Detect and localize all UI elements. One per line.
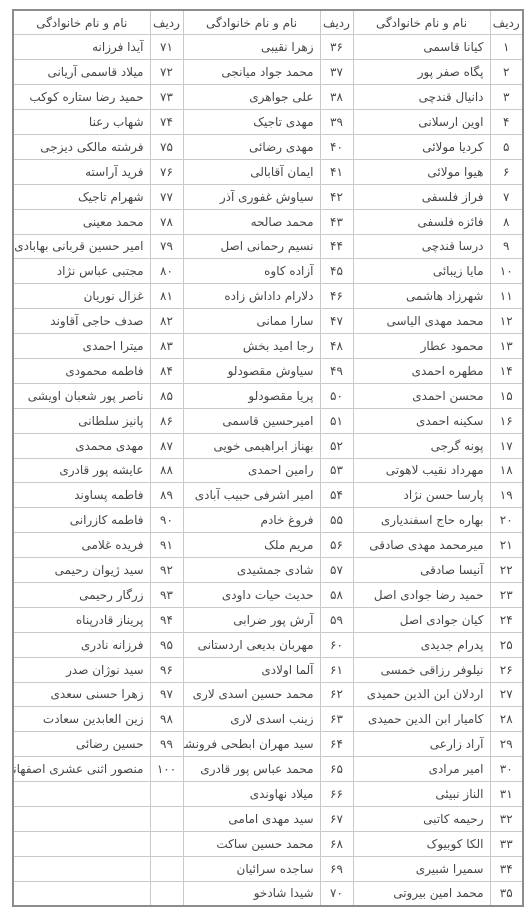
fullname-cell: محمد جواد میانجی xyxy=(183,60,320,85)
row-number-cell: ۸۳ xyxy=(150,334,183,359)
header-row: ردیف نام و نام خانوادگی ردیف نام و نام خ… xyxy=(13,10,523,35)
fullname-cell: حمید رضا ستاره کوکب xyxy=(13,85,150,110)
fullname-cell: میترا احمدی xyxy=(13,334,150,359)
table-row: ۱کیانا قاسمی۳۶زهرا نقیبی۷۱آیدا فرزانه xyxy=(13,35,523,60)
row-number-cell: ۸۴ xyxy=(150,358,183,383)
row-number-cell: ۸۵ xyxy=(150,383,183,408)
fullname-cell: پانیز سلطانی xyxy=(13,408,150,433)
fullname-cell: پدرام جدیدی xyxy=(353,632,490,657)
fullname-cell: غزال نوریان xyxy=(13,284,150,309)
fullname-cell xyxy=(13,831,150,856)
row-number-cell xyxy=(150,831,183,856)
row-number-cell xyxy=(150,856,183,881)
row-number-cell: ۷۱ xyxy=(150,35,183,60)
fullname-cell: شیدا شادخو xyxy=(183,881,320,906)
row-number-cell: ۴۱ xyxy=(320,159,353,184)
names-table: ردیف نام و نام خانوادگی ردیف نام و نام خ… xyxy=(12,9,524,907)
row-number-cell xyxy=(150,782,183,807)
fullname-cell: امیر حسین قربانی بهابادی xyxy=(13,234,150,259)
table-row: ۱۶سکینه احمدی۵۱امیرحسین قاسمی۸۶پانیز سلط… xyxy=(13,408,523,433)
fullname-cell: صدف حاجی آقاوند xyxy=(13,309,150,334)
fullname-cell: سید مهران ابطحی فرونشانی xyxy=(183,732,320,757)
fullname-cell: زهرا نقیبی xyxy=(183,35,320,60)
row-number-cell: ۱۲ xyxy=(490,309,523,334)
row-number-cell: ۶۸ xyxy=(320,831,353,856)
fullname-cell: آزاده کاوه xyxy=(183,259,320,284)
table-row: ۱۰مایا زیبائی۴۵آزاده کاوه۸۰مجتبی عباس نژ… xyxy=(13,259,523,284)
row-number-cell: ۳ xyxy=(490,85,523,110)
row-number-cell: ۸۶ xyxy=(150,408,183,433)
row-number-cell: ۲۱ xyxy=(490,533,523,558)
fullname-cell: اوین ارسلانی xyxy=(353,110,490,135)
row-number-cell: ۱۳ xyxy=(490,334,523,359)
header-fullname-middle: نام و نام خانوادگی xyxy=(183,10,320,35)
row-number-cell: ۵۷ xyxy=(320,558,353,583)
fullname-cell: سیاوش مقصودلو xyxy=(183,358,320,383)
table-row: ۱۵محسن احمدی۵۰پریا مقصودلو۸۵ناصر پور شعب… xyxy=(13,383,523,408)
fullname-cell: مهدی رضائی xyxy=(183,134,320,159)
row-number-cell: ۹۱ xyxy=(150,533,183,558)
fullname-cell: مطهره احمدی xyxy=(353,358,490,383)
fullname-cell: فرشته مالکی دیزجی xyxy=(13,134,150,159)
row-number-cell: ۲۲ xyxy=(490,558,523,583)
row-number-cell: ۸۲ xyxy=(150,309,183,334)
table-row: ۳۱الناز نبیئی۶۶میلاد نهاوندی xyxy=(13,782,523,807)
table-row: ۱۷پونه گرجی۵۲بهناز ابراهیمی خویی۸۷مهدی م… xyxy=(13,433,523,458)
row-number-cell: ۶۳ xyxy=(320,707,353,732)
fullname-cell: سارا ممانی xyxy=(183,309,320,334)
row-number-cell: ۹۵ xyxy=(150,632,183,657)
table-row: ۷فراز فلسفی۴۲سیاوش غفوری آذر۷۷شهرام تاجی… xyxy=(13,184,523,209)
fullname-cell: محمد مهدی الیاسی xyxy=(353,309,490,334)
row-number-cell: ۳۴ xyxy=(490,856,523,881)
fullname-cell: پگاه صفر پور xyxy=(353,60,490,85)
table-row: ۲۴کیان جوادی اصل۵۹آرش پور ضرابی۹۴پریناز … xyxy=(13,607,523,632)
fullname-cell: سید مهدی امامی xyxy=(183,807,320,832)
header-index-left: ردیف xyxy=(150,10,183,35)
fullname-cell: محمود عطار xyxy=(353,334,490,359)
fullname-cell: میلاد نهاوندی xyxy=(183,782,320,807)
row-number-cell: ۹۲ xyxy=(150,558,183,583)
fullname-cell: محمد حسین اسدی لاری xyxy=(183,682,320,707)
fullname-cell: فراز فلسفی xyxy=(353,184,490,209)
row-number-cell: ۳۱ xyxy=(490,782,523,807)
row-number-cell: ۵۱ xyxy=(320,408,353,433)
fullname-cell: ناصر پور شعبان اویشی xyxy=(13,383,150,408)
header-fullname-right: نام و نام خانوادگی xyxy=(353,10,490,35)
fullname-cell: حمید رضا جوادی اصل xyxy=(353,582,490,607)
row-number-cell: ۵۵ xyxy=(320,508,353,533)
row-number-cell: ۲۴ xyxy=(490,607,523,632)
table-row: ۳۲رحیمه کاتبی۶۷سید مهدی امامی xyxy=(13,807,523,832)
fullname-cell: نیلوفر رزاقی خمسی xyxy=(353,657,490,682)
fullname-cell: محمد عباس پور قادری xyxy=(183,757,320,782)
fullname-cell: پریا مقصودلو xyxy=(183,383,320,408)
fullname-cell: آلما اولادی xyxy=(183,657,320,682)
fullname-cell: مهربان بدیعی اردستانی xyxy=(183,632,320,657)
row-number-cell: ۲۶ xyxy=(490,657,523,682)
table-row: ۲۶نیلوفر رزاقی خمسی۶۱آلما اولادی۹۶سید نو… xyxy=(13,657,523,682)
row-number-cell: ۸۸ xyxy=(150,458,183,483)
row-number-cell: ۲۷ xyxy=(490,682,523,707)
row-number-cell: ۵۹ xyxy=(320,607,353,632)
row-number-cell: ۲۰ xyxy=(490,508,523,533)
fullname-cell: رامین احمدی xyxy=(183,458,320,483)
fullname-cell: محمد امین بیروتی xyxy=(353,881,490,906)
fullname-cell: پونه گرجی xyxy=(353,433,490,458)
table-row: ۸فائزه فلسفی۴۳محمد صالحه۷۸محمد معینی xyxy=(13,209,523,234)
fullname-cell: عایشه پور قادری xyxy=(13,458,150,483)
fullname-cell: رحیمه کاتبی xyxy=(353,807,490,832)
row-number-cell: ۷۷ xyxy=(150,184,183,209)
table-row: ۲۲آنیسا صادقی۵۷شادی جمشیدی۹۲سید ژیوان رح… xyxy=(13,558,523,583)
fullname-cell: مریم ملک xyxy=(183,533,320,558)
table-row: ۳۳الکا کوبیوک۶۸محمد حسین ساکت xyxy=(13,831,523,856)
fullname-cell: رجا امید بخش xyxy=(183,334,320,359)
row-number-cell: ۱۰ xyxy=(490,259,523,284)
row-number-cell: ۷۳ xyxy=(150,85,183,110)
fullname-cell: فرید آراسته xyxy=(13,159,150,184)
row-number-cell: ۴۷ xyxy=(320,309,353,334)
fullname-cell: امیر مرادی xyxy=(353,757,490,782)
fullname-cell: میلاد قاسمی آریانی xyxy=(13,60,150,85)
fullname-cell: آنیسا صادقی xyxy=(353,558,490,583)
row-number-cell: ۲۹ xyxy=(490,732,523,757)
row-number-cell: ۵۳ xyxy=(320,458,353,483)
row-number-cell: ۱۸ xyxy=(490,458,523,483)
fullname-cell: آراد زارعی xyxy=(353,732,490,757)
row-number-cell: ۹۸ xyxy=(150,707,183,732)
table-row: ۲پگاه صفر پور۳۷محمد جواد میانجی۷۲میلاد ق… xyxy=(13,60,523,85)
fullname-cell: زینب اسدی لاری xyxy=(183,707,320,732)
row-number-cell: ۴۶ xyxy=(320,284,353,309)
fullname-cell: امیرحسین قاسمی xyxy=(183,408,320,433)
fullname-cell: نسیم رحمانی اصل xyxy=(183,234,320,259)
row-number-cell: ۸۰ xyxy=(150,259,183,284)
table-row: ۹درسا قندچی۴۴نسیم رحمانی اصل۷۹امیر حسین … xyxy=(13,234,523,259)
row-number-cell: ۳۹ xyxy=(320,110,353,135)
row-number-cell: ۷۵ xyxy=(150,134,183,159)
row-number-cell: ۹۰ xyxy=(150,508,183,533)
row-number-cell: ۴ xyxy=(490,110,523,135)
row-number-cell: ۱ xyxy=(490,35,523,60)
fullname-cell: مایا زیبائی xyxy=(353,259,490,284)
fullname-cell: ایمان آقابالی xyxy=(183,159,320,184)
row-number-cell: ۲۵ xyxy=(490,632,523,657)
row-number-cell: ۶۲ xyxy=(320,682,353,707)
row-number-cell: ۲۸ xyxy=(490,707,523,732)
table-row: ۲۳حمید رضا جوادی اصل۵۸حدیث حیات داودی۹۳ز… xyxy=(13,582,523,607)
row-number-cell: ۹ xyxy=(490,234,523,259)
table-row: ۱۹پارسا حسن نژاد۵۴امیر اشرفی حبیب آبادی۸… xyxy=(13,483,523,508)
fullname-cell: سمیرا شبیری xyxy=(353,856,490,881)
row-number-cell: ۱۵ xyxy=(490,383,523,408)
row-number-cell: ۴۵ xyxy=(320,259,353,284)
fullname-cell: زین العابدین سعادت xyxy=(13,707,150,732)
row-number-cell: ۱۷ xyxy=(490,433,523,458)
fullname-cell: محمد صالحه xyxy=(183,209,320,234)
fullname-cell: فروغ خادم xyxy=(183,508,320,533)
row-number-cell: ۶۰ xyxy=(320,632,353,657)
row-number-cell: ۷۲ xyxy=(150,60,183,85)
row-number-cell: ۲ xyxy=(490,60,523,85)
row-number-cell: ۱۱ xyxy=(490,284,523,309)
names-table-body: ۱کیانا قاسمی۳۶زهرا نقیبی۷۱آیدا فرزانه۲پگ… xyxy=(13,35,523,906)
fullname-cell: فائزه فلسفی xyxy=(353,209,490,234)
fullname-cell: شهرام تاجیک xyxy=(13,184,150,209)
fullname-cell: محسن احمدی xyxy=(353,383,490,408)
header-index-middle: ردیف xyxy=(320,10,353,35)
fullname-cell xyxy=(13,856,150,881)
row-number-cell: ۹۷ xyxy=(150,682,183,707)
fullname-cell: دلارام داداش زاده xyxy=(183,284,320,309)
row-number-cell: ۷۹ xyxy=(150,234,183,259)
row-number-cell: ۹۴ xyxy=(150,607,183,632)
row-number-cell: ۶۹ xyxy=(320,856,353,881)
table-row: ۴اوین ارسلانی۳۹مهدی تاجیک۷۴شهاب رعنا xyxy=(13,110,523,135)
table-row: ۶هیوا مولائی۴۱ایمان آقابالی۷۶فرید آراسته xyxy=(13,159,523,184)
fullname-cell: شهاب رعنا xyxy=(13,110,150,135)
fullname-cell: زهرا حسنی سعدی xyxy=(13,682,150,707)
row-number-cell: ۶۴ xyxy=(320,732,353,757)
table-row: ۱۳محمود عطار۴۸رجا امید بخش۸۳میترا احمدی xyxy=(13,334,523,359)
fullname-cell: درسا قندچی xyxy=(353,234,490,259)
row-number-cell: ۱۶ xyxy=(490,408,523,433)
row-number-cell xyxy=(150,807,183,832)
fullname-cell: فریده غلامی xyxy=(13,533,150,558)
row-number-cell: ۵۶ xyxy=(320,533,353,558)
row-number-cell: ۳۰ xyxy=(490,757,523,782)
row-number-cell: ۸۱ xyxy=(150,284,183,309)
row-number-cell: ۴۴ xyxy=(320,234,353,259)
fullname-cell: محمد حسین ساکت xyxy=(183,831,320,856)
row-number-cell: ۹۳ xyxy=(150,582,183,607)
fullname-cell xyxy=(13,782,150,807)
row-number-cell: ۲۳ xyxy=(490,582,523,607)
row-number-cell: ۳۷ xyxy=(320,60,353,85)
fullname-cell: مجتبی عباس نژاد xyxy=(13,259,150,284)
fullname-cell: کیانا قاسمی xyxy=(353,35,490,60)
fullname-cell: مهدی محمدی xyxy=(13,433,150,458)
table-row: ۳۰امیر مرادی۶۵محمد عباس پور قادری۱۰۰منصو… xyxy=(13,757,523,782)
table-row: ۲۷اردلان ابن الدین حمیدی۶۲محمد حسین اسدی… xyxy=(13,682,523,707)
fullname-cell: پریناز قادرپناه xyxy=(13,607,150,632)
row-number-cell: ۷۸ xyxy=(150,209,183,234)
table-row: ۳دانیال قندچی۳۸علی جواهری۷۳حمید رضا ستار… xyxy=(13,85,523,110)
fullname-cell: کامیار ابن الدین حمیدی xyxy=(353,707,490,732)
fullname-cell: مهرداد نقیب لاهوتی xyxy=(353,458,490,483)
row-number-cell: ۷ xyxy=(490,184,523,209)
fullname-cell: سیاوش غفوری آذر xyxy=(183,184,320,209)
table-row: ۲۹آراد زارعی۶۴سید مهران ابطحی فرونشانی۹۹… xyxy=(13,732,523,757)
row-number-cell: ۷۰ xyxy=(320,881,353,906)
row-number-cell: ۶۵ xyxy=(320,757,353,782)
table-row: ۲۸کامیار ابن الدین حمیدی۶۳زینب اسدی لاری… xyxy=(13,707,523,732)
row-number-cell: ۴۰ xyxy=(320,134,353,159)
fullname-cell: دانیال قندچی xyxy=(353,85,490,110)
fullname-cell: شهرزاد هاشمی xyxy=(353,284,490,309)
fullname-cell: بهناز ابراهیمی خویی xyxy=(183,433,320,458)
fullname-cell: آیدا فرزانه xyxy=(13,35,150,60)
row-number-cell: ۴۲ xyxy=(320,184,353,209)
table-row: ۱۱شهرزاد هاشمی۴۶دلارام داداش زاده۸۱غزال … xyxy=(13,284,523,309)
table-row: ۱۲محمد مهدی الیاسی۴۷سارا ممانی۸۲صدف حاجی… xyxy=(13,309,523,334)
row-number-cell: ۸۷ xyxy=(150,433,183,458)
row-number-cell: ۹۶ xyxy=(150,657,183,682)
fullname-cell: اردلان ابن الدین حمیدی xyxy=(353,682,490,707)
table-row: ۱۴مطهره احمدی۴۹سیاوش مقصودلو۸۴فاطمه محمو… xyxy=(13,358,523,383)
fullname-cell: امیر اشرفی حبیب آبادی xyxy=(183,483,320,508)
table-row: ۳۵محمد امین بیروتی۷۰شیدا شادخو xyxy=(13,881,523,906)
fullname-cell: فاطمه کازرانی xyxy=(13,508,150,533)
row-number-cell: ۶۶ xyxy=(320,782,353,807)
row-number-cell: ۳۶ xyxy=(320,35,353,60)
fullname-cell: ساجده سرائیان xyxy=(183,856,320,881)
row-number-cell: ۵۲ xyxy=(320,433,353,458)
fullname-cell: بهاره حاج اسفندیاری xyxy=(353,508,490,533)
roster-page: ردیف نام و نام خانوادگی ردیف نام و نام خ… xyxy=(0,0,527,921)
fullname-cell: حدیث حیات داودی xyxy=(183,582,320,607)
header-fullname-left: نام و نام خانوادگی xyxy=(13,10,150,35)
row-number-cell: ۸ xyxy=(490,209,523,234)
row-number-cell: ۷۴ xyxy=(150,110,183,135)
fullname-cell: علی جواهری xyxy=(183,85,320,110)
fullname-cell: منصور اثنی عشری اصفهانی xyxy=(13,757,150,782)
table-row: ۲۰بهاره حاج اسفندیاری۵۵فروغ خادم۹۰فاطمه … xyxy=(13,508,523,533)
fullname-cell: آرش پور ضرابی xyxy=(183,607,320,632)
row-number-cell: ۳۲ xyxy=(490,807,523,832)
fullname-cell: حسین رضائی xyxy=(13,732,150,757)
fullname-cell: فاطمه پساوند xyxy=(13,483,150,508)
row-number-cell: ۸۹ xyxy=(150,483,183,508)
row-number-cell: ۴۹ xyxy=(320,358,353,383)
fullname-cell: سید ژیوان رحیمی xyxy=(13,558,150,583)
header-index-right: ردیف xyxy=(490,10,523,35)
row-number-cell: ۳۳ xyxy=(490,831,523,856)
row-number-cell: ۳۵ xyxy=(490,881,523,906)
row-number-cell: ۵۴ xyxy=(320,483,353,508)
fullname-cell: سید نوژان صدر xyxy=(13,657,150,682)
row-number-cell: ۵۰ xyxy=(320,383,353,408)
fullname-cell: فاطمه محمودی xyxy=(13,358,150,383)
row-number-cell: ۶۷ xyxy=(320,807,353,832)
fullname-cell: محمد معینی xyxy=(13,209,150,234)
table-row: ۲۱میرمحمد مهدی صادقی۵۶مریم ملک۹۱فریده غل… xyxy=(13,533,523,558)
row-number-cell: ۴۳ xyxy=(320,209,353,234)
row-number-cell xyxy=(150,881,183,906)
fullname-cell: شادی جمشیدی xyxy=(183,558,320,583)
fullname-cell xyxy=(13,807,150,832)
table-row: ۳۴سمیرا شبیری۶۹ساجده سرائیان xyxy=(13,856,523,881)
row-number-cell: ۱۴ xyxy=(490,358,523,383)
row-number-cell: ۱۰۰ xyxy=(150,757,183,782)
fullname-cell: کیان جوادی اصل xyxy=(353,607,490,632)
row-number-cell: ۹۹ xyxy=(150,732,183,757)
fullname-cell: پارسا حسن نژاد xyxy=(353,483,490,508)
row-number-cell: ۳۸ xyxy=(320,85,353,110)
table-row: ۱۸مهرداد نقیب لاهوتی۵۳رامین احمدی۸۸عایشه… xyxy=(13,458,523,483)
row-number-cell: ۷۶ xyxy=(150,159,183,184)
fullname-cell: کردیا مولائی xyxy=(353,134,490,159)
row-number-cell: ۶۱ xyxy=(320,657,353,682)
fullname-cell: الکا کوبیوک xyxy=(353,831,490,856)
fullname-cell: الناز نبیئی xyxy=(353,782,490,807)
row-number-cell: ۵۸ xyxy=(320,582,353,607)
row-number-cell: ۵ xyxy=(490,134,523,159)
row-number-cell: ۱۹ xyxy=(490,483,523,508)
fullname-cell xyxy=(13,881,150,906)
table-row: ۲۵پدرام جدیدی۶۰مهربان بدیعی اردستانی۹۵فر… xyxy=(13,632,523,657)
row-number-cell: ۶ xyxy=(490,159,523,184)
table-row: ۵کردیا مولائی۴۰مهدی رضائی۷۵فرشته مالکی د… xyxy=(13,134,523,159)
fullname-cell: فرزانه نادری xyxy=(13,632,150,657)
fullname-cell: زرگار رحیمی xyxy=(13,582,150,607)
fullname-cell: میرمحمد مهدی صادقی xyxy=(353,533,490,558)
fullname-cell: هیوا مولائی xyxy=(353,159,490,184)
row-number-cell: ۴۸ xyxy=(320,334,353,359)
fullname-cell: سکینه احمدی xyxy=(353,408,490,433)
fullname-cell: مهدی تاجیک xyxy=(183,110,320,135)
